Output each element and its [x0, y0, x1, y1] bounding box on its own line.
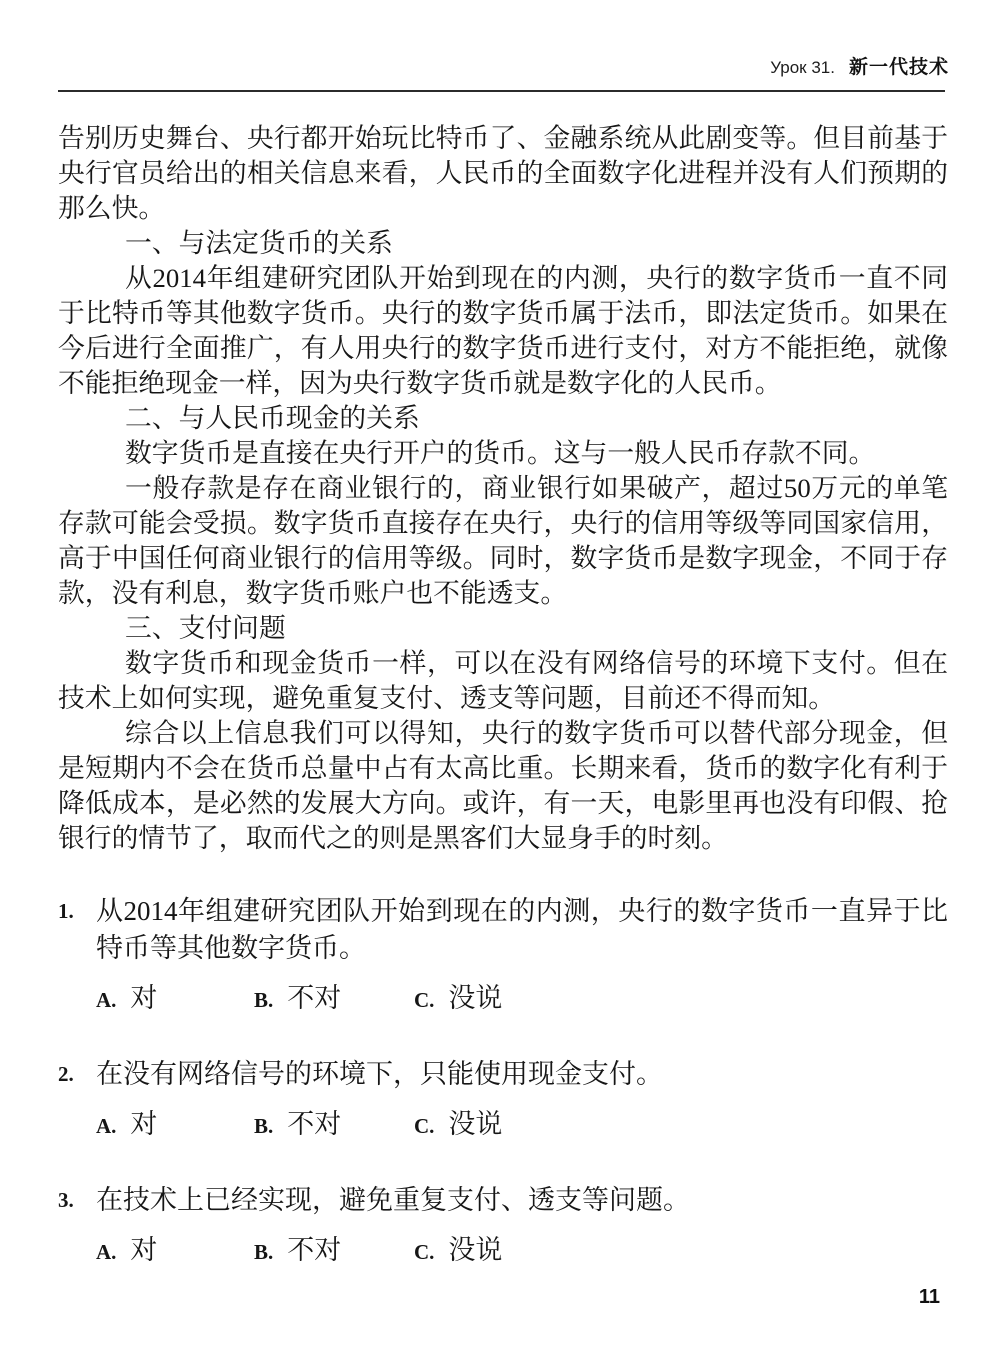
answer-options: A. 对 B. 不对 C. 没说 [96, 981, 948, 1018]
answer-options: A. 对 B. 不对 C. 没说 [96, 1107, 948, 1144]
option-letter: B. [254, 1109, 273, 1144]
option-b: B. 不对 [254, 981, 414, 1018]
option-letter: A. [96, 1109, 116, 1144]
question-item-3: 3. 在技术上已经实现，避免重复支付、透支等问题。 A. 对 B. 不对 C. … [58, 1182, 948, 1270]
option-text: 不对 [287, 1233, 341, 1268]
question-number: 2. [58, 1056, 96, 1144]
article-text: 告别历史舞台、央行都开始玩比特币了、金融系统从此剧变等。但目前基于央行官员给出的… [58, 121, 948, 856]
exercise-questions: 1. 从2014年组建研究团队开始到现在的内测，央行的数字货币一直异于比特币等其… [58, 893, 948, 1308]
paragraph: 综合以上信息我们可以得知，央行的数字货币可以替代部分现金，但是短期内不会在货币总… [58, 716, 948, 856]
question-text: 在技术上已经实现，避免重复支付、透支等问题。 [96, 1182, 948, 1219]
option-c: C. 没说 [414, 981, 502, 1018]
question-text: 从2014年组建研究团队开始到现在的内测，央行的数字货币一直异于比特币等其他数字… [96, 893, 948, 967]
option-text: 对 [130, 1107, 157, 1142]
answer-options: A. 对 B. 不对 C. 没说 [96, 1233, 948, 1270]
question-body: 在技术上已经实现，避免重复支付、透支等问题。 A. 对 B. 不对 C. 没说 [96, 1182, 948, 1270]
option-c: C. 没说 [414, 1233, 502, 1270]
option-text: 对 [130, 981, 157, 1016]
page-number: 11 [919, 1286, 940, 1309]
option-b: B. 不对 [254, 1233, 414, 1270]
option-text: 不对 [287, 981, 341, 1016]
option-letter: A. [96, 1235, 116, 1270]
option-a: A. 对 [96, 981, 254, 1018]
scanned-textbook-page: Урок 31. 新一代技术 告别历史舞台、央行都开始玩比特币了、金融系统从此剧… [0, 0, 1000, 1351]
section-heading-2: 二、与人民币现金的关系 [58, 401, 948, 436]
option-text: 对 [130, 1233, 157, 1268]
option-a: A. 对 [96, 1107, 254, 1144]
option-text: 没说 [448, 1233, 502, 1268]
question-body: 在没有网络信号的环境下，只能使用现金支付。 A. 对 B. 不对 C. 没说 [96, 1056, 948, 1144]
question-text: 在没有网络信号的环境下，只能使用现金支付。 [96, 1056, 948, 1093]
lesson-number-label: Урок 31. [770, 58, 835, 78]
option-text: 不对 [287, 1107, 341, 1142]
section-heading-3: 三、支付问题 [58, 611, 948, 646]
paragraph: 数字货币和现金货币一样，可以在没有网络信号的环境下支付。但在技术上如何实现，避免… [58, 646, 948, 716]
paragraph: 一般存款是存在商业银行的，商业银行如果破产，超过50万元的单笔存款可能会受损。数… [58, 471, 948, 611]
paragraph: 告别历史舞台、央行都开始玩比特币了、金融系统从此剧变等。但目前基于央行官员给出的… [58, 121, 948, 226]
question-body: 从2014年组建研究团队开始到现在的内测，央行的数字货币一直异于比特币等其他数字… [96, 893, 948, 1018]
option-letter: B. [254, 1235, 273, 1270]
option-letter: C. [414, 983, 434, 1018]
option-b: B. 不对 [254, 1107, 414, 1144]
paragraph: 从2014年组建研究团队开始到现在的内测，央行的数字货币一直不同于比特币等其他数… [58, 261, 948, 401]
question-item-2: 2. 在没有网络信号的环境下，只能使用现金支付。 A. 对 B. 不对 C. 没… [58, 1056, 948, 1144]
paragraph: 数字货币是直接在央行开户的货币。这与一般人民币存款不同。 [58, 436, 948, 471]
section-heading-1: 一、与法定货币的关系 [58, 226, 948, 261]
question-number: 3. [58, 1182, 96, 1270]
header-divider [58, 90, 945, 92]
option-letter: B. [254, 983, 273, 1018]
option-letter: C. [414, 1235, 434, 1270]
question-item-1: 1. 从2014年组建研究团队开始到现在的内测，央行的数字货币一直异于比特币等其… [58, 893, 948, 1018]
option-text: 没说 [448, 981, 502, 1016]
option-letter: C. [414, 1109, 434, 1144]
page-header: Урок 31. 新一代技术 [770, 52, 949, 79]
lesson-title: 新一代技术 [849, 52, 949, 79]
option-c: C. 没说 [414, 1107, 502, 1144]
option-text: 没说 [448, 1107, 502, 1142]
option-letter: A. [96, 983, 116, 1018]
option-a: A. 对 [96, 1233, 254, 1270]
question-number: 1. [58, 893, 96, 1018]
